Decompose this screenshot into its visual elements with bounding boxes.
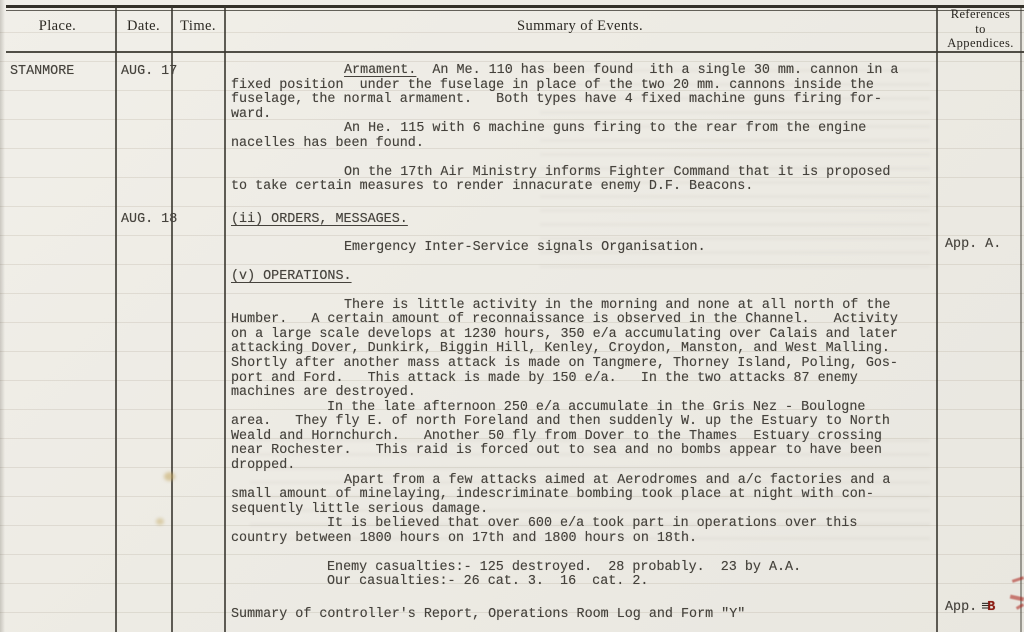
column-header-date: Date. <box>115 18 172 35</box>
date-value-aug-18: AUG. 18 <box>121 213 177 228</box>
summary-of-events-column: Armament. An Me. 110 has been found ith … <box>231 64 943 622</box>
paragraph-air-ministry: On the 17th Air Ministry informs Fighter… <box>231 166 943 195</box>
paragraph-operations-estimate: It is believed that over 600 e/a took pa… <box>231 517 943 546</box>
place-value: STANMORE <box>10 65 74 80</box>
right-page-edge-rule <box>1020 6 1022 632</box>
references-header-line-3: Appendices. <box>937 36 1024 51</box>
date-value-aug-17: AUG. 17 <box>121 65 177 80</box>
armament-underlined-lead: Armament. <box>344 63 416 78</box>
table-top-border-thick <box>6 5 1024 8</box>
app-b-red-letter: B <box>987 600 995 615</box>
heading-orders-messages: (ii) ORDERS, MESSAGES. <box>231 213 943 228</box>
armament-body: An Me. 110 has been found ith a single 3… <box>231 63 898 122</box>
paper-stain <box>156 518 164 525</box>
reference-app-b: App.≡B <box>945 601 995 616</box>
reference-app-a: App. A. <box>945 238 1001 253</box>
app-b-struck-character: ≡ <box>981 600 987 615</box>
paragraph-controllers-report: Summary of controller's Report, Operatio… <box>231 608 943 623</box>
paragraph-operations-night: Apart from a few attacks aimed at Aerodr… <box>231 474 943 518</box>
divider-time-summary <box>224 6 226 632</box>
header-bottom-rule <box>6 51 1024 53</box>
table-top-border-thin <box>6 10 1024 11</box>
column-header-references: References to Appendices. <box>937 7 1024 51</box>
paragraph-he115: An He. 115 with 6 machine guns firing to… <box>231 122 943 151</box>
divider-date-time <box>171 6 173 632</box>
column-header-place: Place. <box>0 18 115 35</box>
red-ink-mark <box>1012 576 1024 583</box>
paragraph-armament: Armament. An Me. 110 has been found ith … <box>231 64 943 122</box>
operations-record-book-page: Place. Date. Time. Summary of Events. Re… <box>0 0 1024 632</box>
column-header-time: Time. <box>171 18 225 35</box>
divider-place-date <box>115 6 117 632</box>
references-header-line-1: References <box>937 7 1024 22</box>
paragraph-emergency-signals: Emergency Inter-Service signals Organisa… <box>231 241 943 256</box>
paragraph-casualties: Enemy casualties:- 125 destroyed. 28 pro… <box>231 561 943 590</box>
heading-operations: (v) OPERATIONS. <box>231 270 943 285</box>
app-b-prefix: App. <box>945 600 977 615</box>
paper-stain <box>164 472 175 481</box>
column-header-summary: Summary of Events. <box>224 18 936 35</box>
paragraph-operations-day: There is little activity in the morning … <box>231 299 943 401</box>
paragraph-operations-afternoon: In the late afternoon 250 e/a accumulate… <box>231 401 943 474</box>
references-header-line-2: to <box>937 22 1024 37</box>
